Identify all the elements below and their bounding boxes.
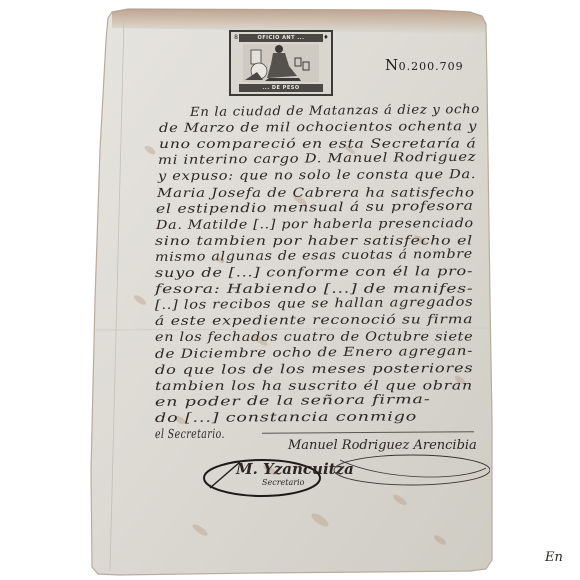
handwritten-line: el estipendio mensual á su profesora bbox=[156, 197, 474, 215]
handwritten-line: do que los de los meses posteriores bbox=[155, 360, 473, 377]
signature-left-title: Secretario bbox=[262, 478, 304, 487]
handwritten-line: de Diciembre ocho de Enero agregan- bbox=[155, 342, 473, 360]
handwritten-line: en los fechados cuatro de Octubre siete bbox=[155, 329, 473, 345]
handwritten-line: á este expediente reconoció su firma bbox=[155, 311, 473, 328]
handwritten-line: el Secretario. bbox=[155, 426, 225, 441]
handwritten-line: en poder de la señora firma- bbox=[155, 391, 431, 409]
handwritten-line: mi interino cargo D. Manuel Rodriguez bbox=[158, 149, 476, 167]
signature-left: M. Yzancuitza bbox=[236, 460, 354, 478]
handwritten-line: suyo de [...] conforme con él la pro- bbox=[155, 263, 473, 280]
handwritten-line: do [...] constancia conmigo bbox=[155, 408, 417, 425]
catchword: En bbox=[545, 550, 563, 565]
handwritten-line: En la ciudad de Matanzas á diez y ocho bbox=[190, 101, 480, 119]
handwritten-line: mismo algunas de esas cuotas á nombre bbox=[155, 246, 473, 264]
handwritten-line: [..] los recibos que se hallan agregados bbox=[155, 294, 473, 312]
handwritten-line: Da. Matilde [..] por haberla presenciado bbox=[156, 215, 474, 232]
handwritten-line: y expuso: que no solo le consta que Da. bbox=[158, 166, 476, 183]
handwritten-line: de Marzo de mil ochocientos ochenta y bbox=[159, 118, 477, 135]
